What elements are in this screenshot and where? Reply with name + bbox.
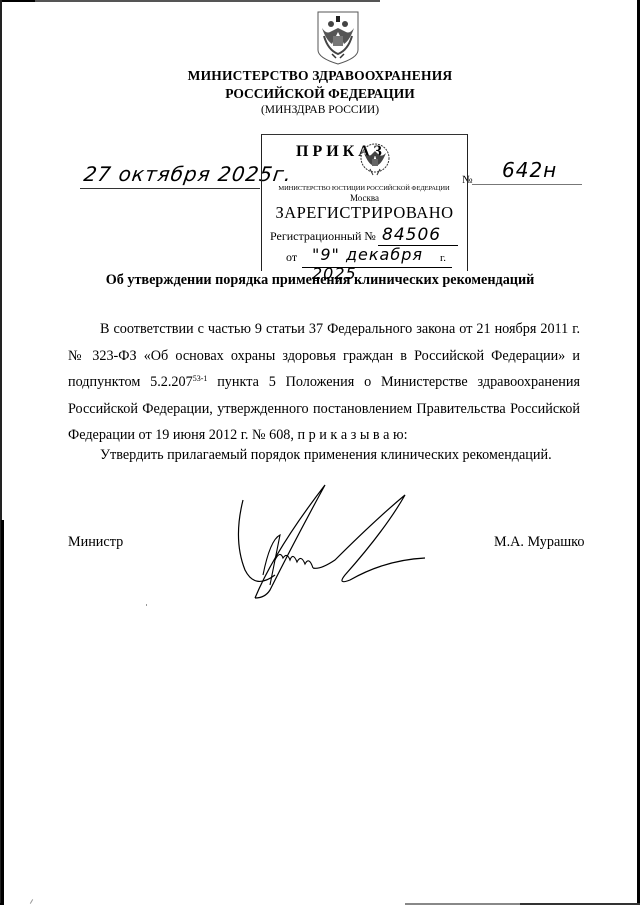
order-subject: Об утверждении порядка применения клинич… <box>0 272 640 289</box>
coat-of-arms-icon <box>314 10 362 66</box>
stamp-year-suffix: г. <box>440 252 446 264</box>
ministry-name-line1: МИНИСТЕРСТВО ЗДРАВООХРАНЕНИЯ <box>0 68 640 84</box>
stamp-date-line <box>302 267 452 268</box>
ministry-name-line2: РОССИЙСКОЙ ФЕДЕРАЦИИ <box>0 86 640 102</box>
order-preamble: В соответствии с частью 9 статьи 37 Феде… <box>68 316 580 449</box>
signature-image <box>225 480 425 600</box>
signatory-position: Министр <box>68 534 123 551</box>
signatory-name: М.А. Мурашко <box>494 534 584 551</box>
order-directive: Утвердить прилагаемый порядок применения… <box>68 447 580 464</box>
scan-edge-left-shadow <box>1 520 4 905</box>
scan-edge-top <box>0 0 380 2</box>
stamp-reg-number-label: Регистрационный № <box>270 229 376 244</box>
order-number-line <box>472 184 582 185</box>
order-number: 642н <box>502 158 557 182</box>
stamp-status: ЗАРЕГИСТРИРОВАНО <box>262 203 467 223</box>
stamp-organization: МИНИСТЕРСТВО ЮСТИЦИИ РОССИЙСКОЙ ФЕДЕРАЦИ… <box>264 185 464 192</box>
stamp-eagle-icon <box>358 141 392 179</box>
stamp-reg-number: 84506 <box>382 225 441 245</box>
stamp-date-prefix: от <box>286 250 297 265</box>
ministry-short-name: (МИНЗДРАВ РОССИИ) <box>0 104 640 116</box>
scan-artifact <box>146 604 147 606</box>
document-page: МИНИСТЕРСТВО ЗДРАВООХРАНЕНИЯ РОССИЙСКОЙ … <box>0 0 640 905</box>
preamble-superscript: 53-1 <box>193 374 208 383</box>
stamp-city: Москва <box>262 193 467 203</box>
registration-stamp: ПРИКАЗ МИНИСТЕРСТВО ЮСТИЦИИ РОССИЙСКОЙ Ф… <box>261 134 468 271</box>
